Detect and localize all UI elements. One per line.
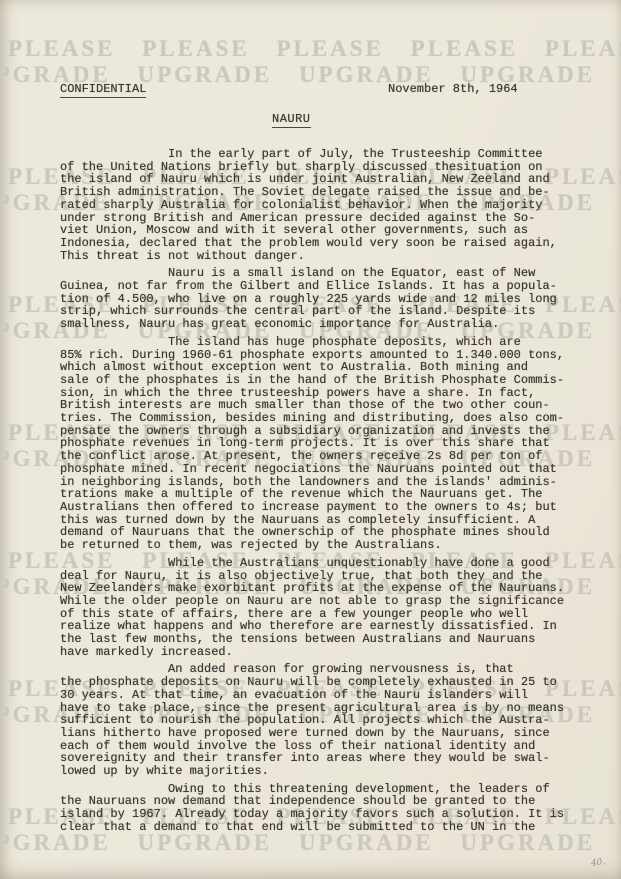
paragraph-6: Owing to this threatening development, t… [60, 783, 580, 834]
watermark-please-row: PLEASE PLEASE PLEASE PLEASE PLEASE PLEAS… [8, 36, 621, 62]
pencil-mark: 40. [590, 857, 606, 869]
document-content: CONFIDENTIAL November 8th, 1964 NAURU In… [60, 83, 580, 839]
document-page: PLEASE PLEASE PLEASE PLEASE PLEASE PLEAS… [0, 0, 621, 879]
paragraph-5: An added reason for growing nervousness … [60, 663, 580, 777]
paragraph-3: The island has huge phosphate deposits, … [60, 336, 580, 552]
classification-label: CONFIDENTIAL [60, 83, 146, 98]
document-body: In the early part of July, the Trusteesh… [60, 83, 580, 834]
paragraph-1: In the early part of July, the Trusteesh… [60, 148, 580, 262]
document-date: November 8th, 1964 [388, 83, 518, 96]
paragraph-2: Nauru is a small island on the Equator, … [60, 267, 580, 331]
document-title: NAURU [272, 113, 311, 128]
paragraph-4: While the Australians unquestionably hav… [60, 557, 580, 659]
